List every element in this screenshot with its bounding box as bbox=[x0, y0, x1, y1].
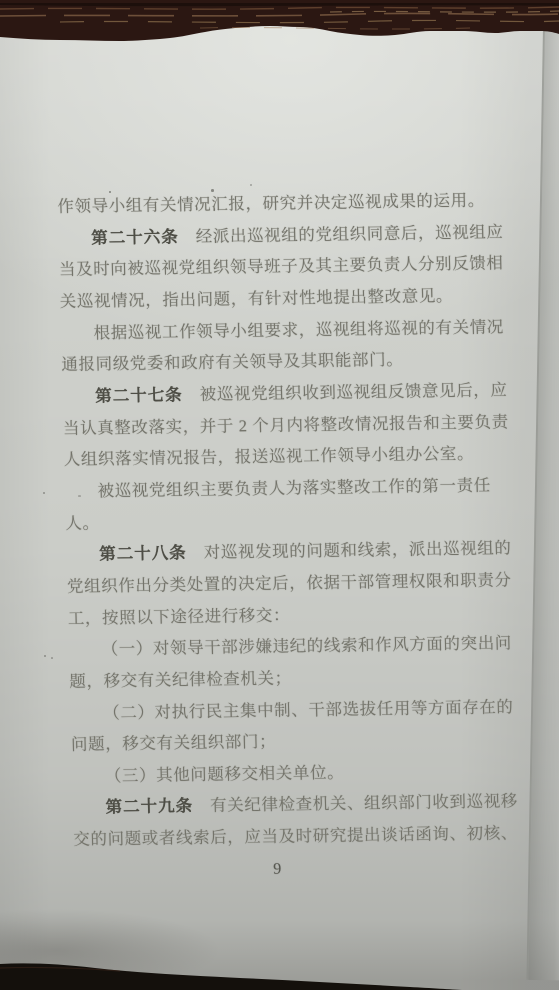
article-heading: 第二十六条 bbox=[91, 228, 179, 247]
body-text: 被巡视党组织收到巡视组反馈意见后，应 bbox=[182, 380, 507, 404]
body-text: 作领导小组有关情况汇报，研究并决定巡视成果的运用。 bbox=[57, 191, 485, 216]
body-text: 当认真整改落实，并于 2 个月内将整改情况报告和主要负责 bbox=[63, 412, 509, 438]
paper-edge-fold bbox=[526, 28, 559, 980]
table-surface-bottom bbox=[0, 958, 559, 990]
body-text: 人组织落实情况报告，报送巡视工作领导小组办公室。 bbox=[64, 444, 475, 469]
table-surface-top bbox=[0, 0, 559, 46]
body-text: 根据巡视工作领导小组要求，巡视组将巡视的有关情况 bbox=[93, 317, 504, 342]
text-line: 交的问题或者线索后，应当及时研究提出谈话函询、初核、 bbox=[73, 817, 526, 855]
body-text: 经派出巡视组的党组织同意后，巡视组应 bbox=[178, 222, 503, 246]
body-text: 对巡视发现的问题和线索，派出巡视组的 bbox=[186, 539, 511, 563]
page-footer: 9 bbox=[57, 853, 509, 882]
photo-of-document: 作领导小组有关情况汇报，研究并决定巡视成果的运用。第二十六条 经派出巡视组的党组… bbox=[0, 0, 559, 990]
body-text: 关巡视情况，指出问题，有针对性地提出整改意见。 bbox=[60, 286, 454, 311]
body-text: （二）对执行民主集中制、干部选拔任用等方面存在的 bbox=[103, 697, 514, 722]
body-text: （三）其他问题移交相关单位。 bbox=[105, 763, 345, 786]
body-text: 人。 bbox=[65, 513, 100, 533]
body-text: 党组织作出分类处置的决定后，依据干部管理权限和职责分 bbox=[67, 570, 512, 596]
body-text: 通报同级党委和政府有关领导及其职能部门。 bbox=[61, 350, 403, 374]
text-line: （一）对领导干部涉嫌违纪的线索和作风方面的突出问 bbox=[68, 627, 521, 665]
body-text: （一）对领导干部涉嫌违纪的线索和作风方面的突出问 bbox=[101, 634, 512, 659]
article-heading: 第二十八条 bbox=[99, 544, 187, 563]
text-line: 党组织作出分类处置的决定后，依据干部管理权限和职责分 bbox=[67, 564, 520, 602]
page-number: 9 bbox=[57, 857, 497, 882]
text-line: 被巡视党组织主要负责人为落实整改工作的第一责任 bbox=[64, 469, 517, 507]
paper-speck bbox=[43, 492, 45, 494]
paper-speck bbox=[250, 184, 252, 186]
body-text: 工，按照以下途径进行移交： bbox=[68, 605, 291, 627]
article-heading: 第二十九条 bbox=[105, 798, 193, 817]
body-text: 被巡视党组织主要负责人为落实整改工作的第一责任 bbox=[97, 476, 491, 501]
body-text: 当及时向被巡视党组织领导班子及其主要负责人分别反馈相 bbox=[59, 254, 504, 280]
document-lines: 作领导小组有关情况汇报，研究并决定巡视成果的运用。第二十六条 经派出巡视组的党组… bbox=[57, 184, 526, 855]
article-heading: 第二十七条 bbox=[95, 386, 183, 405]
body-text: 交的问题或者线索后，应当及时研究提出谈话函询、初核、 bbox=[73, 823, 518, 849]
paper-speck bbox=[51, 657, 53, 659]
body-text: 题，移交有关纪律检查机关； bbox=[69, 668, 292, 690]
body-text: 问题，移交有关组织部门； bbox=[71, 732, 277, 754]
body-text: 有关纪律检查机关、组织部门收到巡视移 bbox=[193, 792, 518, 816]
paper-speck bbox=[44, 655, 46, 657]
